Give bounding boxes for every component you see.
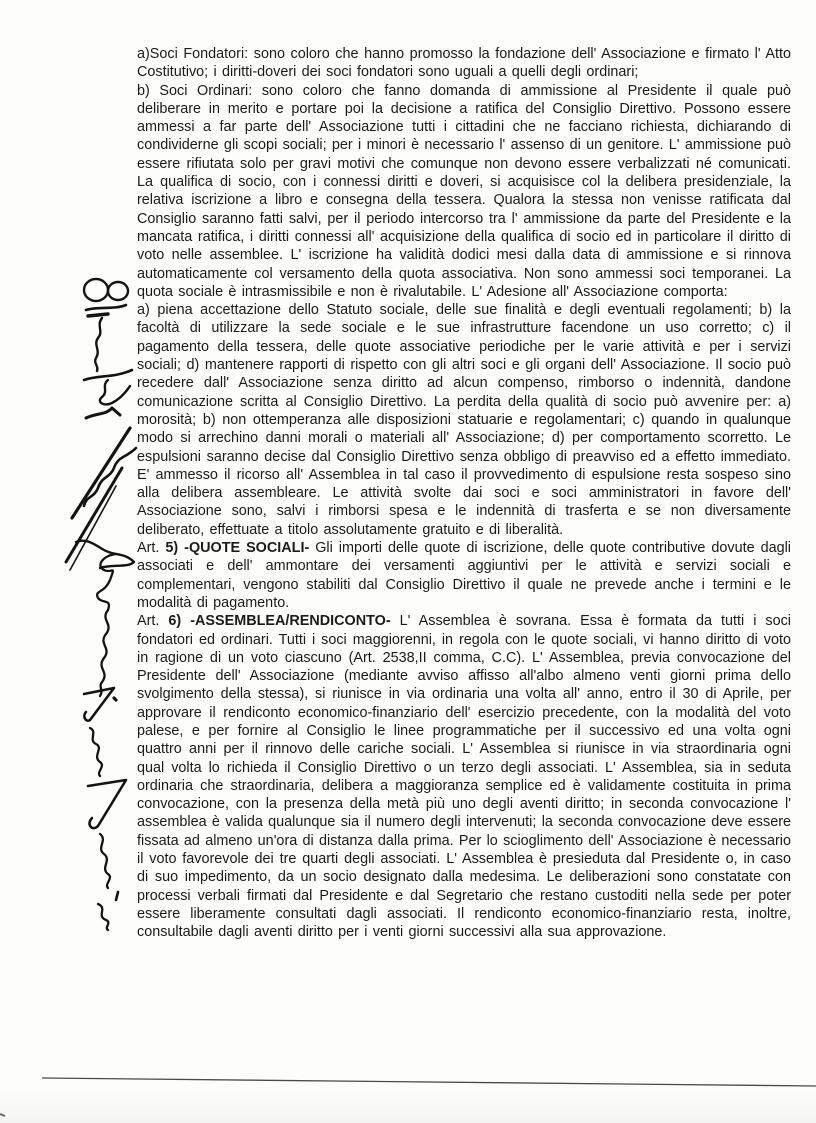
article-heading-text: 6) -ASSEMBLEA/RENDICONTO- [168,613,390,629]
body-text: a)Soci Fondatori: sono coloro che hanno … [137,46,791,80]
paragraph: b) Soci Ordinari: sono coloro che fanno … [137,82,791,302]
scanned-page: a)Soci Fondatori: sono coloro che hanno … [0,0,816,1123]
handwritten-signature-4 [74,686,142,934]
margin-signatures [0,0,150,1123]
paragraph: a) piena accettazione dello Statuto soci… [137,301,791,539]
handwritten-signature-2 [58,422,146,580]
document-body: a)Soci Fondatori: sono coloro che hanno … [137,45,791,942]
body-text: L' Assemblea è sovrana. Essa è formata d… [137,613,791,940]
body-text: a) piena accettazione dello Statuto soci… [137,302,791,538]
article-heading-text: 5) -QUOTE SOCIALI- [165,540,309,556]
paragraph: Art. 6) -ASSEMBLEA/RENDICONTO- L' Assemb… [137,612,791,941]
paragraph: a)Soci Fondatori: sono coloro che hanno … [137,45,791,82]
body-text: Art. [137,613,168,629]
body-text: b) Soci Ordinari: sono coloro che fanno … [137,83,791,300]
body-text: Art. [137,540,165,556]
paragraph: Art. 5) -QUOTE SOCIALI- Gli importi dell… [137,539,791,612]
handwritten-signature-3 [76,550,138,708]
